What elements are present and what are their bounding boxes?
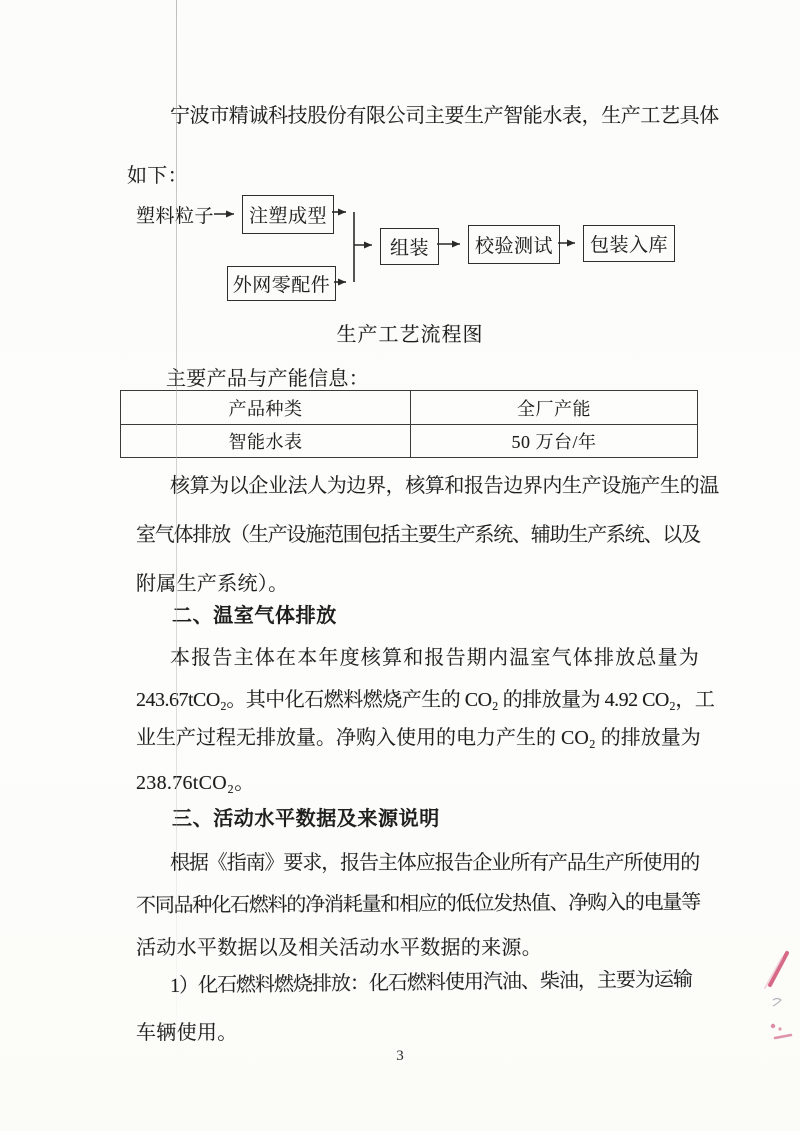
capacity-cell-capacity: 50 万台/年 (411, 425, 697, 457)
page-number: 3 (0, 1048, 800, 1065)
process-flowchart: 塑料粒子 注塑成型 外网零配件 组装 校验测试 包装入库 (100, 190, 700, 308)
ghg-line-2: 243.67tCO₂。其中化石燃料燃烧产生的 CO₂ 的排放量为 4.92 CO… (136, 687, 714, 714)
intro-line-1: 宁波市精诚科技股份有限公司主要生产智能水表，生产工艺具体 (170, 103, 719, 130)
ghg-line-1: 本报告主体在本年度核算和报告期内温室气体排放总量为 (170, 645, 700, 672)
activity-line-2: 不同品种化石燃料的净消耗量和相应的低位发热值、净购入的电量等 (136, 890, 700, 920)
flowchart-node-packaging: 包装入库 (583, 225, 675, 262)
capacity-table-intro: 主要产品与产能信息： (166, 366, 369, 393)
flowchart-caption: 生产工艺流程图 (130, 318, 690, 347)
intro-line-2: 如下： (127, 163, 188, 190)
activity-line-1: 根据《指南》要求，报告主体应报告企业所有产品生产所使用的 (170, 850, 699, 877)
pen-marks (735, 945, 795, 1050)
document-page: 宁波市精诚科技股份有限公司主要生产智能水表，生产工艺具体 如下： 塑料粒子 注塑… (0, 0, 800, 1131)
red-pen-mark-icon (735, 945, 795, 1045)
ghg-section-heading: 二、温室气体排放 (172, 603, 337, 630)
boundary-line-1: 核算为以企业法人为边界，核算和报告边界内生产设施产生的温 (170, 473, 719, 500)
flowchart-source-label: 塑料粒子 (136, 201, 214, 228)
activity-line-3: 活动水平数据以及相关活动水平数据的来源。 (136, 935, 542, 962)
boundary-line-3: 附属生产系统）。 (136, 571, 288, 598)
fuel-line-2: 车辆使用。 (136, 1020, 238, 1047)
capacity-col-header-capacity: 全厂产能 (411, 391, 697, 425)
ghg-line-4: 238.76tCO₂。 (136, 770, 255, 797)
boundary-line-2: 室气体排放（生产设施范围包括主要生产系统、辅助生产系统、以及 (136, 522, 700, 549)
flowchart-node-assembly: 组装 (380, 228, 439, 265)
capacity-table: 产品种类 全厂产能 智能水表 50 万台/年 (120, 390, 698, 458)
capacity-cell-product: 智能水表 (121, 425, 411, 457)
ghg-line-3: 业生产过程无排放量。净购入使用的电力产生的 CO₂ 的排放量为 (136, 725, 701, 752)
activity-section-heading: 三、活动水平数据及来源说明 (172, 806, 440, 833)
flowchart-node-external-parts: 外网零配件 (227, 266, 336, 301)
capacity-col-header-product: 产品种类 (121, 391, 411, 425)
flowchart-node-testing: 校验测试 (468, 225, 560, 264)
fuel-line-1: 1）化石燃料燃烧排放：化石燃料使用汽油、柴油，主要为运输 (170, 967, 692, 1000)
flowchart-node-injection-molding: 注塑成型 (242, 195, 334, 234)
